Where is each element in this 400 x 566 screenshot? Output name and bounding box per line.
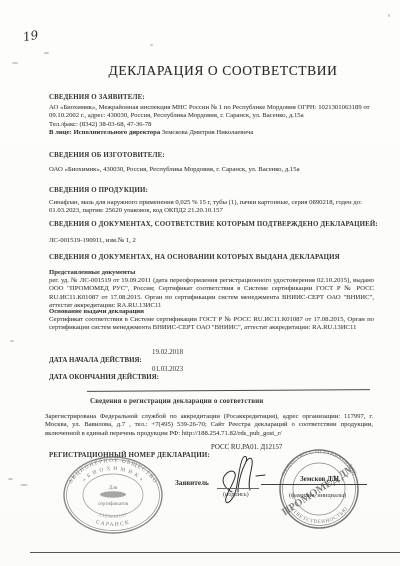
svg-text:САРАНСК: САРАНСК [95, 519, 131, 528]
signature-caption: (подпись) [223, 491, 249, 498]
applicant-representative: В лице: Исполнительного директора Земско… [49, 129, 374, 137]
name-caption: (фамилия, инициалы) [289, 492, 346, 499]
left-stamp-city-text: САРАНСК [95, 519, 131, 528]
manufacturer-info: ОАО «Биохимик», 430030, Россия, Республи… [49, 166, 374, 174]
date-start-value: 19.02.2018 [152, 349, 183, 356]
left-stamp-center-line2: сертификатов [98, 500, 129, 507]
docs-confirmed-info: ЛС-001519-190911, изм.№ 1, 2 [49, 237, 374, 245]
applicant-info: АО «Биохимик», Межрайонная инспекция МНС… [49, 104, 374, 137]
section-divider [87, 389, 370, 392]
svg-text:1325010257: 1325010257 [98, 512, 127, 519]
presented-docs-text: рег. уд. № ЛС-001519 от 19.09.2011 (дата… [49, 277, 374, 310]
registration-text: Зарегистрирована Федеральной службой по … [45, 413, 373, 438]
name-line [261, 484, 367, 485]
date-start-row: ДАТА НАЧАЛА ДЕЙСТВИЯ: 19.02.2018 [49, 349, 142, 367]
date-end-row: ДАТА ОКОНЧАНИЯ ДЕЙСТВИЯ: 01.03.2023 [49, 366, 159, 384]
director-name: Земсков Д.Н. [300, 476, 341, 483]
scan-artifact [10, 340, 14, 342]
bottom-divider [30, 552, 400, 553]
applicant-phone: Тел./факс: (8342) 38-03-68, 47-36-78 [49, 121, 374, 129]
representative-label: В лице: Исполнительного директора [49, 129, 160, 136]
representative-name: Земскова Дмитрия Николаевича [162, 129, 253, 136]
applicant-role-label: Заявитель [175, 479, 209, 487]
director-round-stamp: ОБЩЕСТВО С ОГРАНИЧЕННОЙ ОТВЕТСТВЕННОСТЬЮ… [276, 449, 362, 529]
document-title: ДЕКЛАРАЦИЯ О СООТВЕТСТВИИ [46, 63, 400, 79]
left-stamp-numbers: 1325010257 [98, 512, 127, 519]
basis-text: Сертификат соответствия в Системе сертиф… [49, 316, 374, 333]
product-info: Синафлан, мазь для наружного применения … [49, 199, 374, 216]
date-start-label: ДАТА НАЧАЛА ДЕЙСТВИЯ: [49, 357, 142, 364]
date-end-value: 01.03.2023 [152, 366, 183, 373]
signature-line [217, 488, 259, 489]
scan-artifact [20, 484, 28, 486]
scan-artifact [44, 52, 49, 54]
product-section-heading: СВЕДЕНИЯ О ПРОДУКЦИИ: [49, 187, 148, 194]
scan-artifact [388, 14, 390, 17]
left-stamp-center-line1: Для [109, 485, 118, 491]
manufacturer-section-heading: СВЕДЕНИЯ ОБ ИЗГОТОВИТЕЛЕ: [49, 152, 165, 159]
applicant-round-stamp: АКЦИОНЕРНОЕ ОБЩЕСТВО « Б И О Х И М И К »… [62, 455, 164, 535]
docs-confirmed-section-heading: СВЕДЕНИЯ О ДОКУМЕНТАХ, СООТВЕТСТВИЕ КОТО… [49, 221, 378, 228]
applicant-address: АО «Биохимик», Межрайонная инспекция МНС… [49, 104, 374, 121]
docs-basis-section-heading: СВЕДЕНИЯ О ДОКУМЕНТАХ, НА ОСНОВАНИИ КОТО… [49, 254, 340, 261]
scanned-declaration-page: 19 ДЕКЛАРАЦИЯ О СООТВЕТСТВИИ СВЕДЕНИЯ О … [0, 0, 400, 566]
scan-artifact [150, 44, 153, 46]
scan-artifact [12, 62, 18, 64]
applicant-section-heading: СВЕДЕНИЯ О ЗАЯВИТЕЛЕ: [49, 94, 145, 101]
handwritten-page-number: 19 [22, 28, 39, 44]
registration-section-heading: Сведения о регистрации декларации о соот… [90, 397, 264, 405]
date-end-label: ДАТА ОКОНЧАНИЯ ДЕЙСТВИЯ: [49, 374, 159, 381]
scan-artifact [8, 478, 13, 480]
left-stamp-ink-smudge [100, 491, 126, 497]
